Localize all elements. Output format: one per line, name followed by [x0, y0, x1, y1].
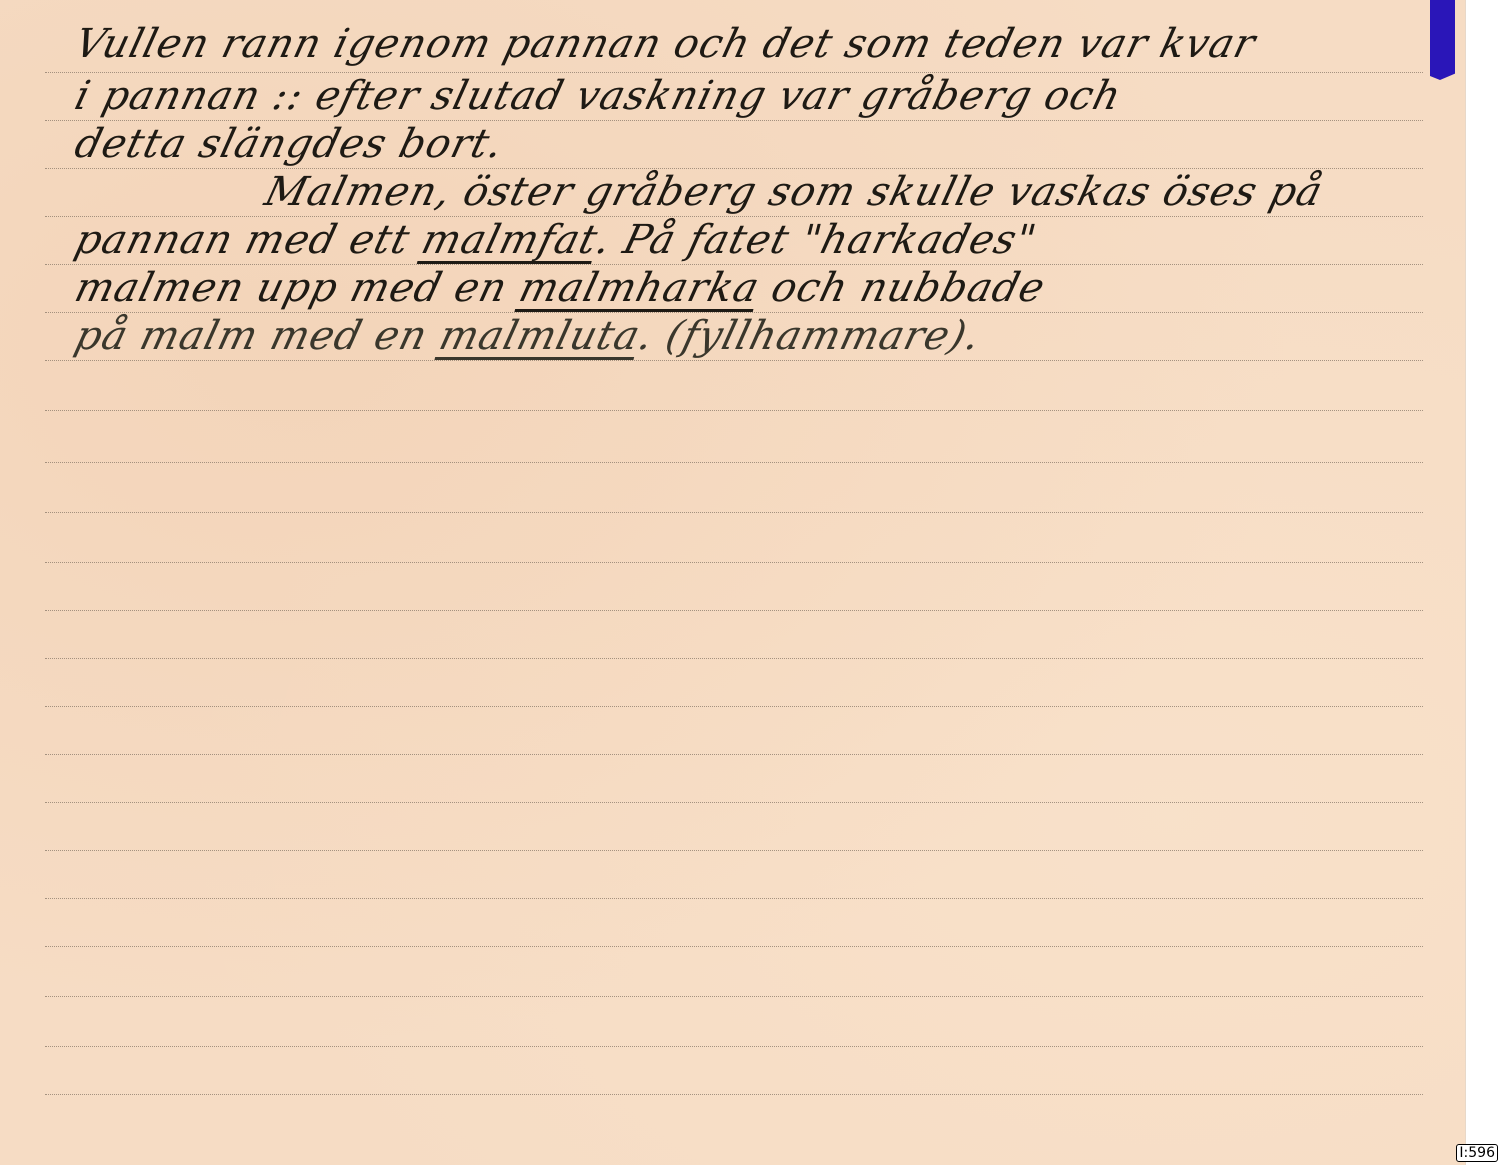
rule-line	[45, 946, 1423, 947]
rule-line	[45, 996, 1423, 997]
handwritten-line-4-indented: Malmen, öster gråberg som skulle vaskas …	[260, 168, 1328, 216]
line-text: pannan med ett	[70, 217, 428, 263]
rule-line	[45, 850, 1423, 851]
rule-line	[45, 802, 1423, 803]
handwritten-line-5: pannan med ett malmfat. På fatet "harkad…	[70, 216, 1042, 264]
rule-line	[45, 706, 1423, 707]
line-text: och nubbade	[753, 265, 1050, 311]
handwritten-line-7: på malm med en malmluta. (fyllhammare).	[70, 312, 986, 360]
lined-paper-page: Vullen rann igenom pannan och det som te…	[0, 0, 1465, 1165]
line-text: . (fyllhammare).	[634, 313, 986, 359]
handwritten-line-6: malmen upp med en malmharka och nubbade	[70, 264, 1050, 312]
underlined-term-malmharka: malmharka	[515, 265, 765, 311]
handwritten-line-3: detta slängdes bort.	[70, 120, 509, 168]
rule-line	[45, 658, 1423, 659]
rule-line	[45, 512, 1423, 513]
rule-line	[45, 1046, 1423, 1047]
rule-line	[45, 410, 1423, 411]
rule-line	[45, 1094, 1423, 1095]
line-text: på malm med en	[70, 313, 446, 359]
underlined-term-malmfat: malmfat	[417, 217, 603, 263]
underlined-term-malmluta: malmluta	[435, 313, 645, 359]
handwritten-line-1: Vullen rann igenom pannan och det som te…	[70, 20, 1261, 68]
archive-label: I:596	[1456, 1144, 1498, 1162]
line-text: . På fatet "harkades"	[591, 217, 1041, 263]
rule-line	[45, 610, 1423, 611]
rule-line	[45, 360, 1423, 361]
rule-line	[45, 754, 1423, 755]
rule-line	[45, 562, 1423, 563]
rule-line	[45, 462, 1423, 463]
handwritten-line-2: i pannan :: efter slutad vaskning var gr…	[70, 72, 1126, 120]
rule-line	[45, 898, 1423, 899]
bookmark-ribbon	[1430, 0, 1455, 80]
line-text: malmen upp med en	[70, 265, 526, 311]
